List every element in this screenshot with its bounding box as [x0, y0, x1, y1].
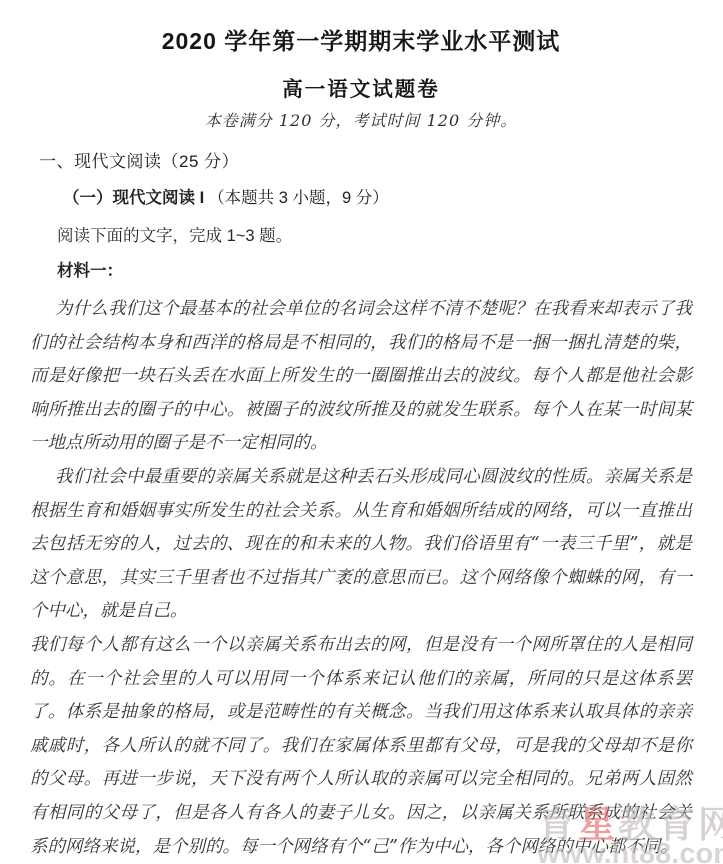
passage-paragraph: 我们每个人都有这么一个以亲属关系布出去的网，但是没有一个网所罩住的人是相同的。在… — [30, 629, 692, 864]
passage-paragraph: 我们社会中最重要的亲属关系就是这种丢石头形成同心圆波纹的性质。亲属关系是根据生育… — [30, 461, 692, 629]
passage-paragraph: 为什么我们这个最基本的社会单位的名词会这样不清不楚呢？在我看来却表示了我们的社会… — [30, 293, 692, 461]
material-one-label: 材料一： — [30, 260, 692, 282]
sub-section-title: （一）现代文阅读 I — [63, 189, 204, 207]
sub-section-heading: （一）现代文阅读 I（本题共 3 小题，9 分） — [30, 187, 692, 209]
exam-subtitle: 高一语文试题卷 — [30, 77, 692, 102]
exam-title: 2020 学年第一学期期末学业水平测试 — [30, 27, 692, 55]
reading-passage: 为什么我们这个最基本的社会单位的名词会这样不清不楚呢？在我看来却表示了我们的社会… — [30, 293, 692, 864]
exam-meta-line: 本卷满分 120 分，考试时间 120 分钟。 — [30, 111, 692, 131]
section-heading-modern-reading: 一、现代文阅读（25 分） — [30, 151, 692, 173]
exam-paper-page: 2020 学年第一学期期末学业水平测试 高一语文试题卷 本卷满分 120 分，考… — [0, 0, 723, 864]
reading-instruction: 阅读下面的文字，完成 1~3 题。 — [30, 225, 692, 247]
sub-section-points: （本题共 3 小题，9 分） — [208, 189, 389, 207]
